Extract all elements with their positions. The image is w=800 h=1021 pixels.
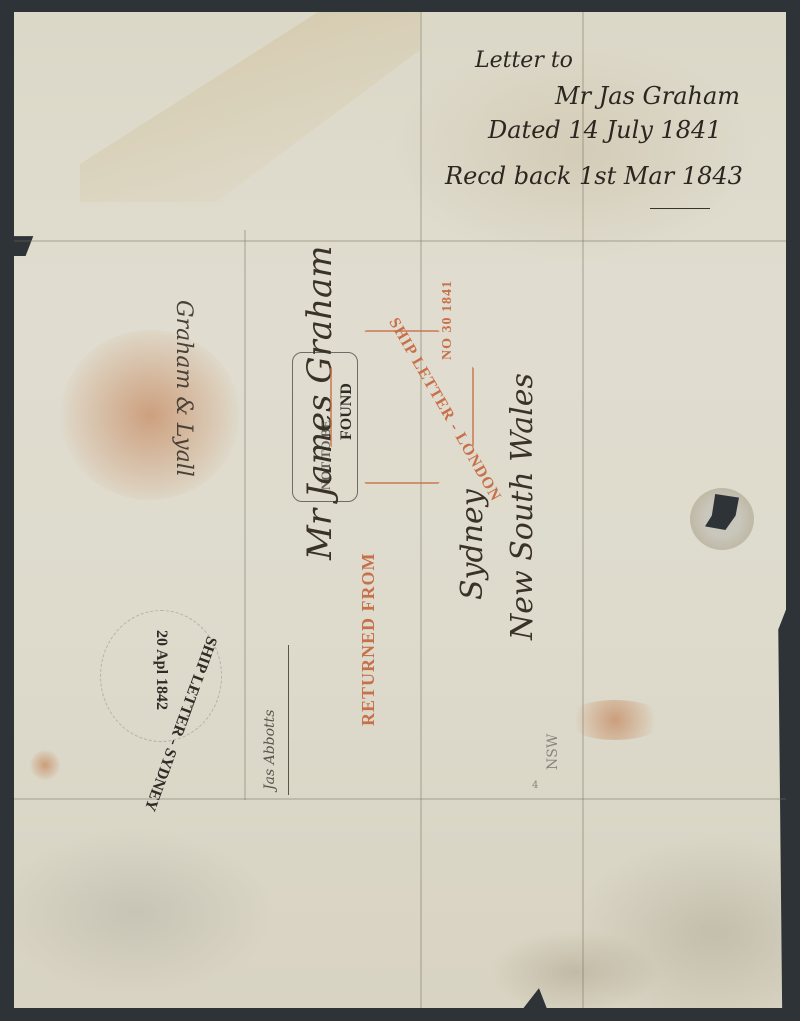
fold-line: [14, 240, 786, 242]
underline: [650, 208, 710, 209]
ship-letter-stamp-date: NO 30 1841: [440, 280, 456, 360]
docket-line-2: Mr Jas Graham: [555, 82, 740, 110]
sydney-stamp-date: 20 Apl 1842: [152, 630, 170, 710]
docket-line-1: Letter to: [475, 48, 573, 73]
docket-line-3: Dated 14 July 1841: [488, 116, 722, 144]
returned-from-stamp: RETURNED FROM: [358, 553, 379, 727]
pencil-small-note: 4: [532, 780, 538, 791]
foxing-stain: [30, 750, 60, 780]
signature-rule: [288, 645, 289, 795]
found-stamp: FOUND: [338, 383, 356, 440]
foxing-stain: [60, 330, 240, 500]
pencil-note: NSW: [545, 734, 561, 770]
water-stain: [565, 700, 665, 740]
bottom-left-signature: Jas Abbotts: [262, 710, 278, 791]
fold-line: [420, 12, 422, 1008]
docket-line-4: Recd back 1st Mar 1843: [445, 162, 743, 190]
left-vertical-note: Graham & Lyall: [171, 300, 196, 477]
fold-line: [14, 798, 786, 800]
not-to-be-stamp: NOT TO BE: [318, 420, 334, 490]
fold-line: [244, 230, 246, 800]
address-line-2: Sydney: [455, 489, 490, 600]
address-line-3: New South Wales: [505, 373, 540, 640]
